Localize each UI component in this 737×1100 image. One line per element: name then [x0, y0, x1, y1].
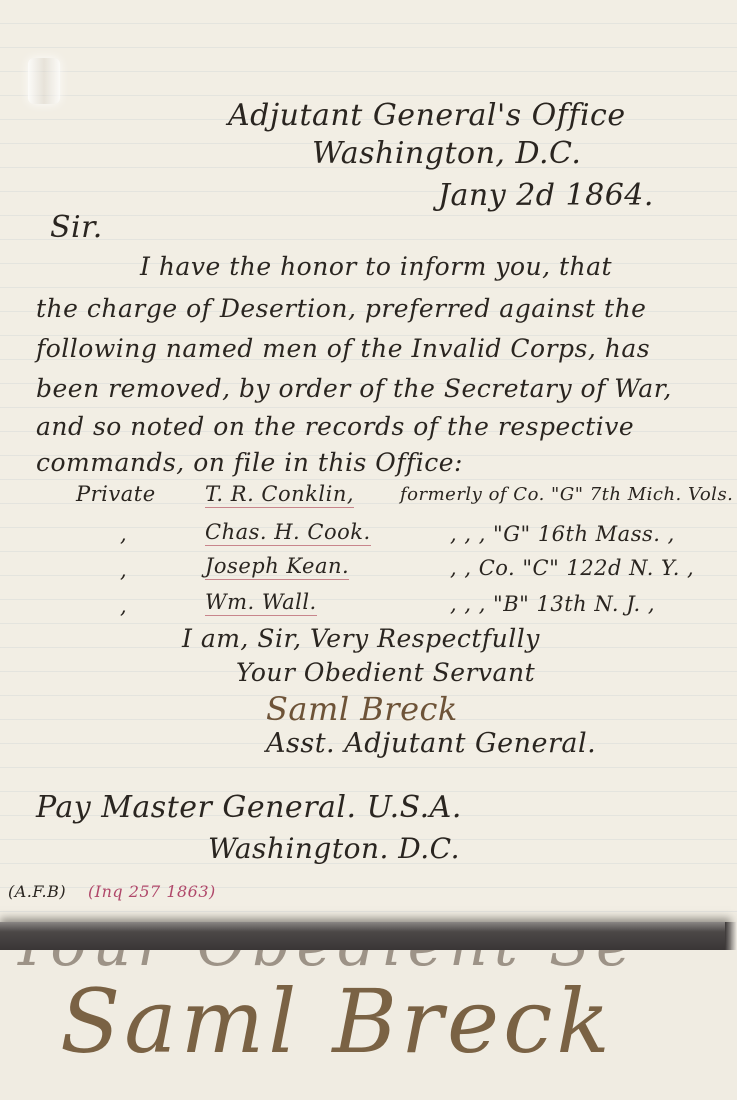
letter-page: Adjutant General's Office Washington, D.… [0, 0, 737, 922]
soldier-unit: , , Co. "C" 122d N. Y. , [450, 556, 694, 580]
body-line-4: been removed, by order of the Secretary … [36, 374, 672, 403]
signature-detail-inset: Your Obedient Se Saml Breck [0, 950, 737, 1100]
addressee-line-2: Washington. D.C. [208, 832, 460, 865]
soldier-name: Chas. H. Cook. [205, 520, 371, 546]
file-annotation: (A.F.B) [8, 882, 66, 901]
body-line-2: the charge of Desertion, preferred again… [36, 294, 646, 323]
ditto-mark: , [120, 594, 127, 618]
signature: Saml Breck [266, 690, 458, 728]
signer-title: Asst. Adjutant General. [266, 728, 596, 759]
soldier-unit: formerly of Co. "G" 7th Mich. Vols. [400, 484, 733, 505]
closing-line-2: Your Obedient Servant [236, 658, 535, 687]
ditto-mark: , [120, 558, 127, 582]
body-line-6: commands, on file in this Office: [36, 448, 463, 477]
detail-signature: Saml Breck [60, 970, 614, 1073]
ditto-mark: , [120, 522, 127, 546]
body-line-3: following named men of the Invalid Corps… [36, 334, 650, 363]
salutation: Sir. [50, 210, 103, 245]
body-line-1: I have the honor to inform you, that [140, 252, 612, 281]
closing-line-1: I am, Sir, Very Respectfully [182, 624, 540, 653]
soldier-name: T. R. Conklin, [205, 482, 354, 508]
soldier-name: Wm. Wall. [205, 590, 317, 616]
heading-office: Adjutant General's Office [228, 98, 626, 133]
inquiry-annotation: (Inq 257 1863) [88, 882, 216, 901]
soldier-unit: , , , "B" 13th N. J. , [450, 592, 655, 616]
soldier-unit: , , , "G" 16th Mass. , [450, 522, 675, 546]
heading-city: Washington, D.C. [312, 136, 581, 171]
body-line-5: and so noted on the records of the respe… [36, 412, 634, 441]
embossed-stamp [28, 58, 60, 104]
divider-band [0, 922, 731, 950]
rank-label: Private [76, 482, 156, 506]
addressee-line-1: Pay Master General. U.S.A. [36, 790, 462, 825]
soldier-name: Joseph Kean. [205, 554, 349, 580]
heading-date: Jany 2d 1864. [438, 178, 654, 213]
